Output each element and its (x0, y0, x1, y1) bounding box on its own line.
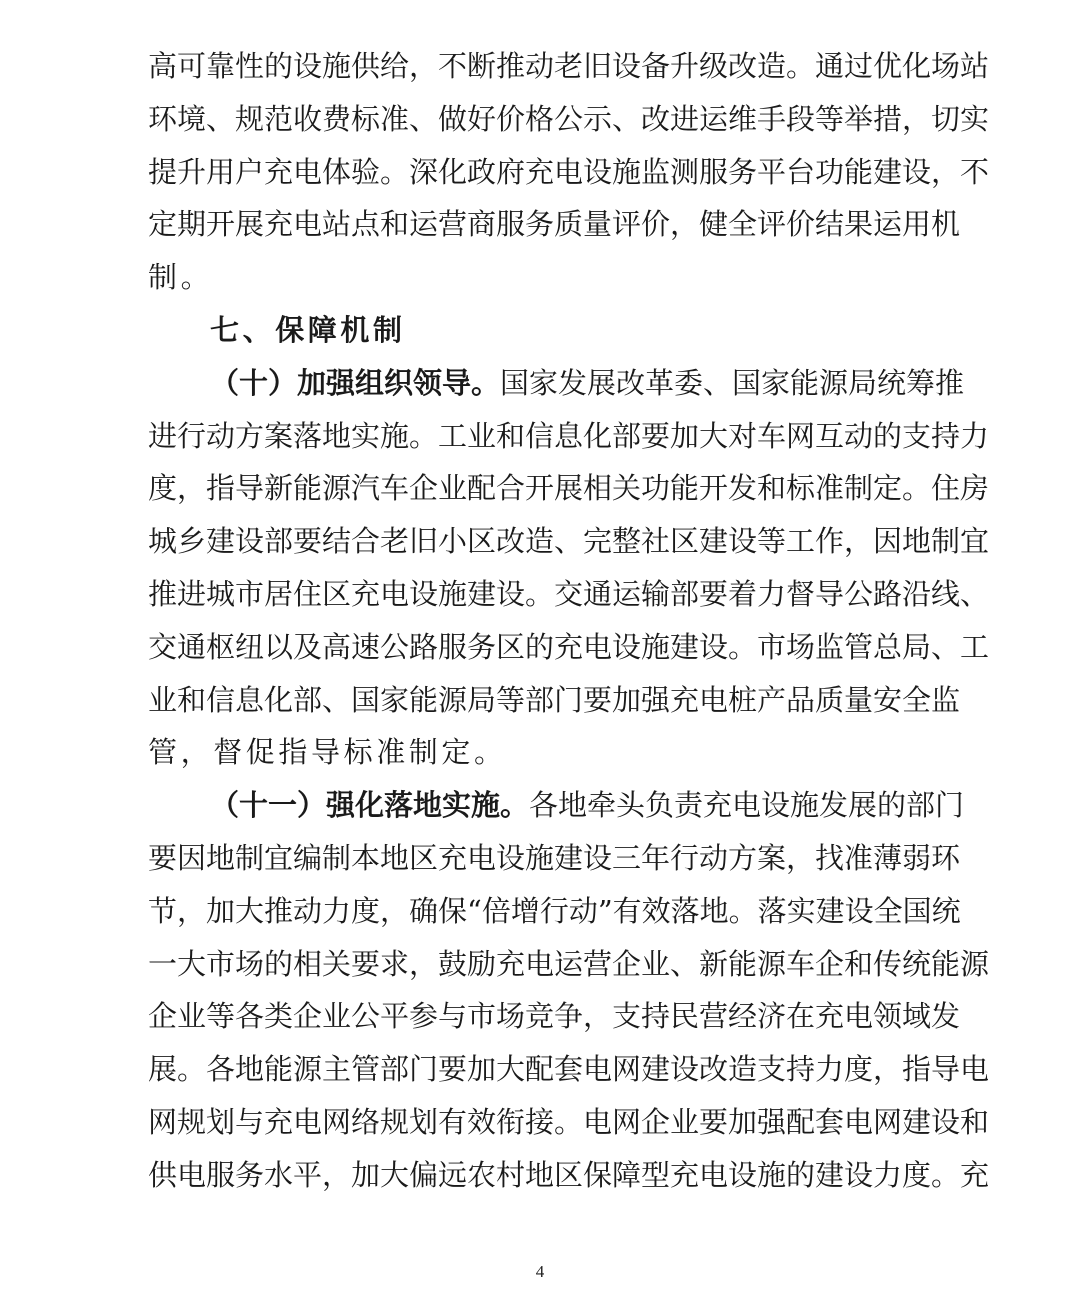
body-line: 展。各地能源主管部门要加大配套电网建设改造支持力度，指导电 (148, 1047, 938, 1100)
body-line: 节，加大推动力度，确保“倍增行动”有效落地。落实建设全国统 (148, 889, 938, 942)
body-line: 管，督促指导标准制定。 (148, 730, 938, 783)
item11-first-text: 各地牵头负责充电设施发展的部门 (529, 788, 964, 822)
body-line: 要因地制宜编制本地区充电设施建设三年行动方案，找准薄弱环 (148, 836, 938, 889)
body-line: 定期开展充电站点和运营商服务质量评价，健全评价结果运用机 (148, 202, 938, 255)
body-line: 城乡建设部要结合老旧小区改造、完整社区建设等工作，因地制宜 (148, 519, 938, 572)
item11-first-line: （十一）强化落地实施。各地牵头负责充电设施发展的部门 (148, 783, 938, 836)
item10-title: （十）加强组织领导。 (210, 366, 500, 400)
body-line: 企业等各类企业公平参与市场竞争，支持民营经济在充电领域发 (148, 994, 938, 1047)
item10-first-line: （十）加强组织领导。国家发展改革委、国家能源局统筹推 (148, 361, 938, 414)
body-line: 制。 (148, 255, 938, 308)
body-line: 网规划与充电网络规划有效衔接。电网企业要加强配套电网建设和 (148, 1100, 938, 1153)
body-line: 环境、规范收费标准、做好价格公示、改进运维手段等举措，切实 (148, 97, 938, 150)
body-line: 高可靠性的设施供给，不断推动老旧设备升级改造。通过优化场站 (148, 44, 938, 97)
document-page: 高可靠性的设施供给，不断推动老旧设备升级改造。通过优化场站 环境、规范收费标准、… (148, 44, 938, 1206)
body-line: 度，指导新能源汽车企业配合开展相关功能开发和标准制定。住房 (148, 466, 938, 519)
section-heading: 七、保障机制 (148, 308, 938, 361)
body-line: 交通枢纽以及高速公路服务区的充电设施建设。市场监管总局、工 (148, 625, 938, 678)
body-line: 业和信息化部、国家能源局等部门要加强充电桩产品质量安全监 (148, 678, 938, 731)
body-line: 推进城市居住区充电设施建设。交通运输部要着力督导公路沿线、 (148, 572, 938, 625)
body-line: 供电服务水平，加大偏远农村地区保障型充电设施的建设力度。充 (148, 1153, 938, 1206)
item11-title: （十一）强化落地实施。 (210, 788, 529, 822)
page-number: 4 (0, 1262, 1080, 1282)
body-line: 一大市场的相关要求，鼓励充电运营企业、新能源车企和传统能源 (148, 942, 938, 995)
body-line: 提升用户充电体验。深化政府充电设施监测服务平台功能建设，不 (148, 150, 938, 203)
item10-first-text: 国家发展改革委、国家能源局统筹推 (500, 366, 964, 400)
body-line: 进行动方案落地实施。工业和信息化部要加大对车网互动的支持力 (148, 414, 938, 467)
